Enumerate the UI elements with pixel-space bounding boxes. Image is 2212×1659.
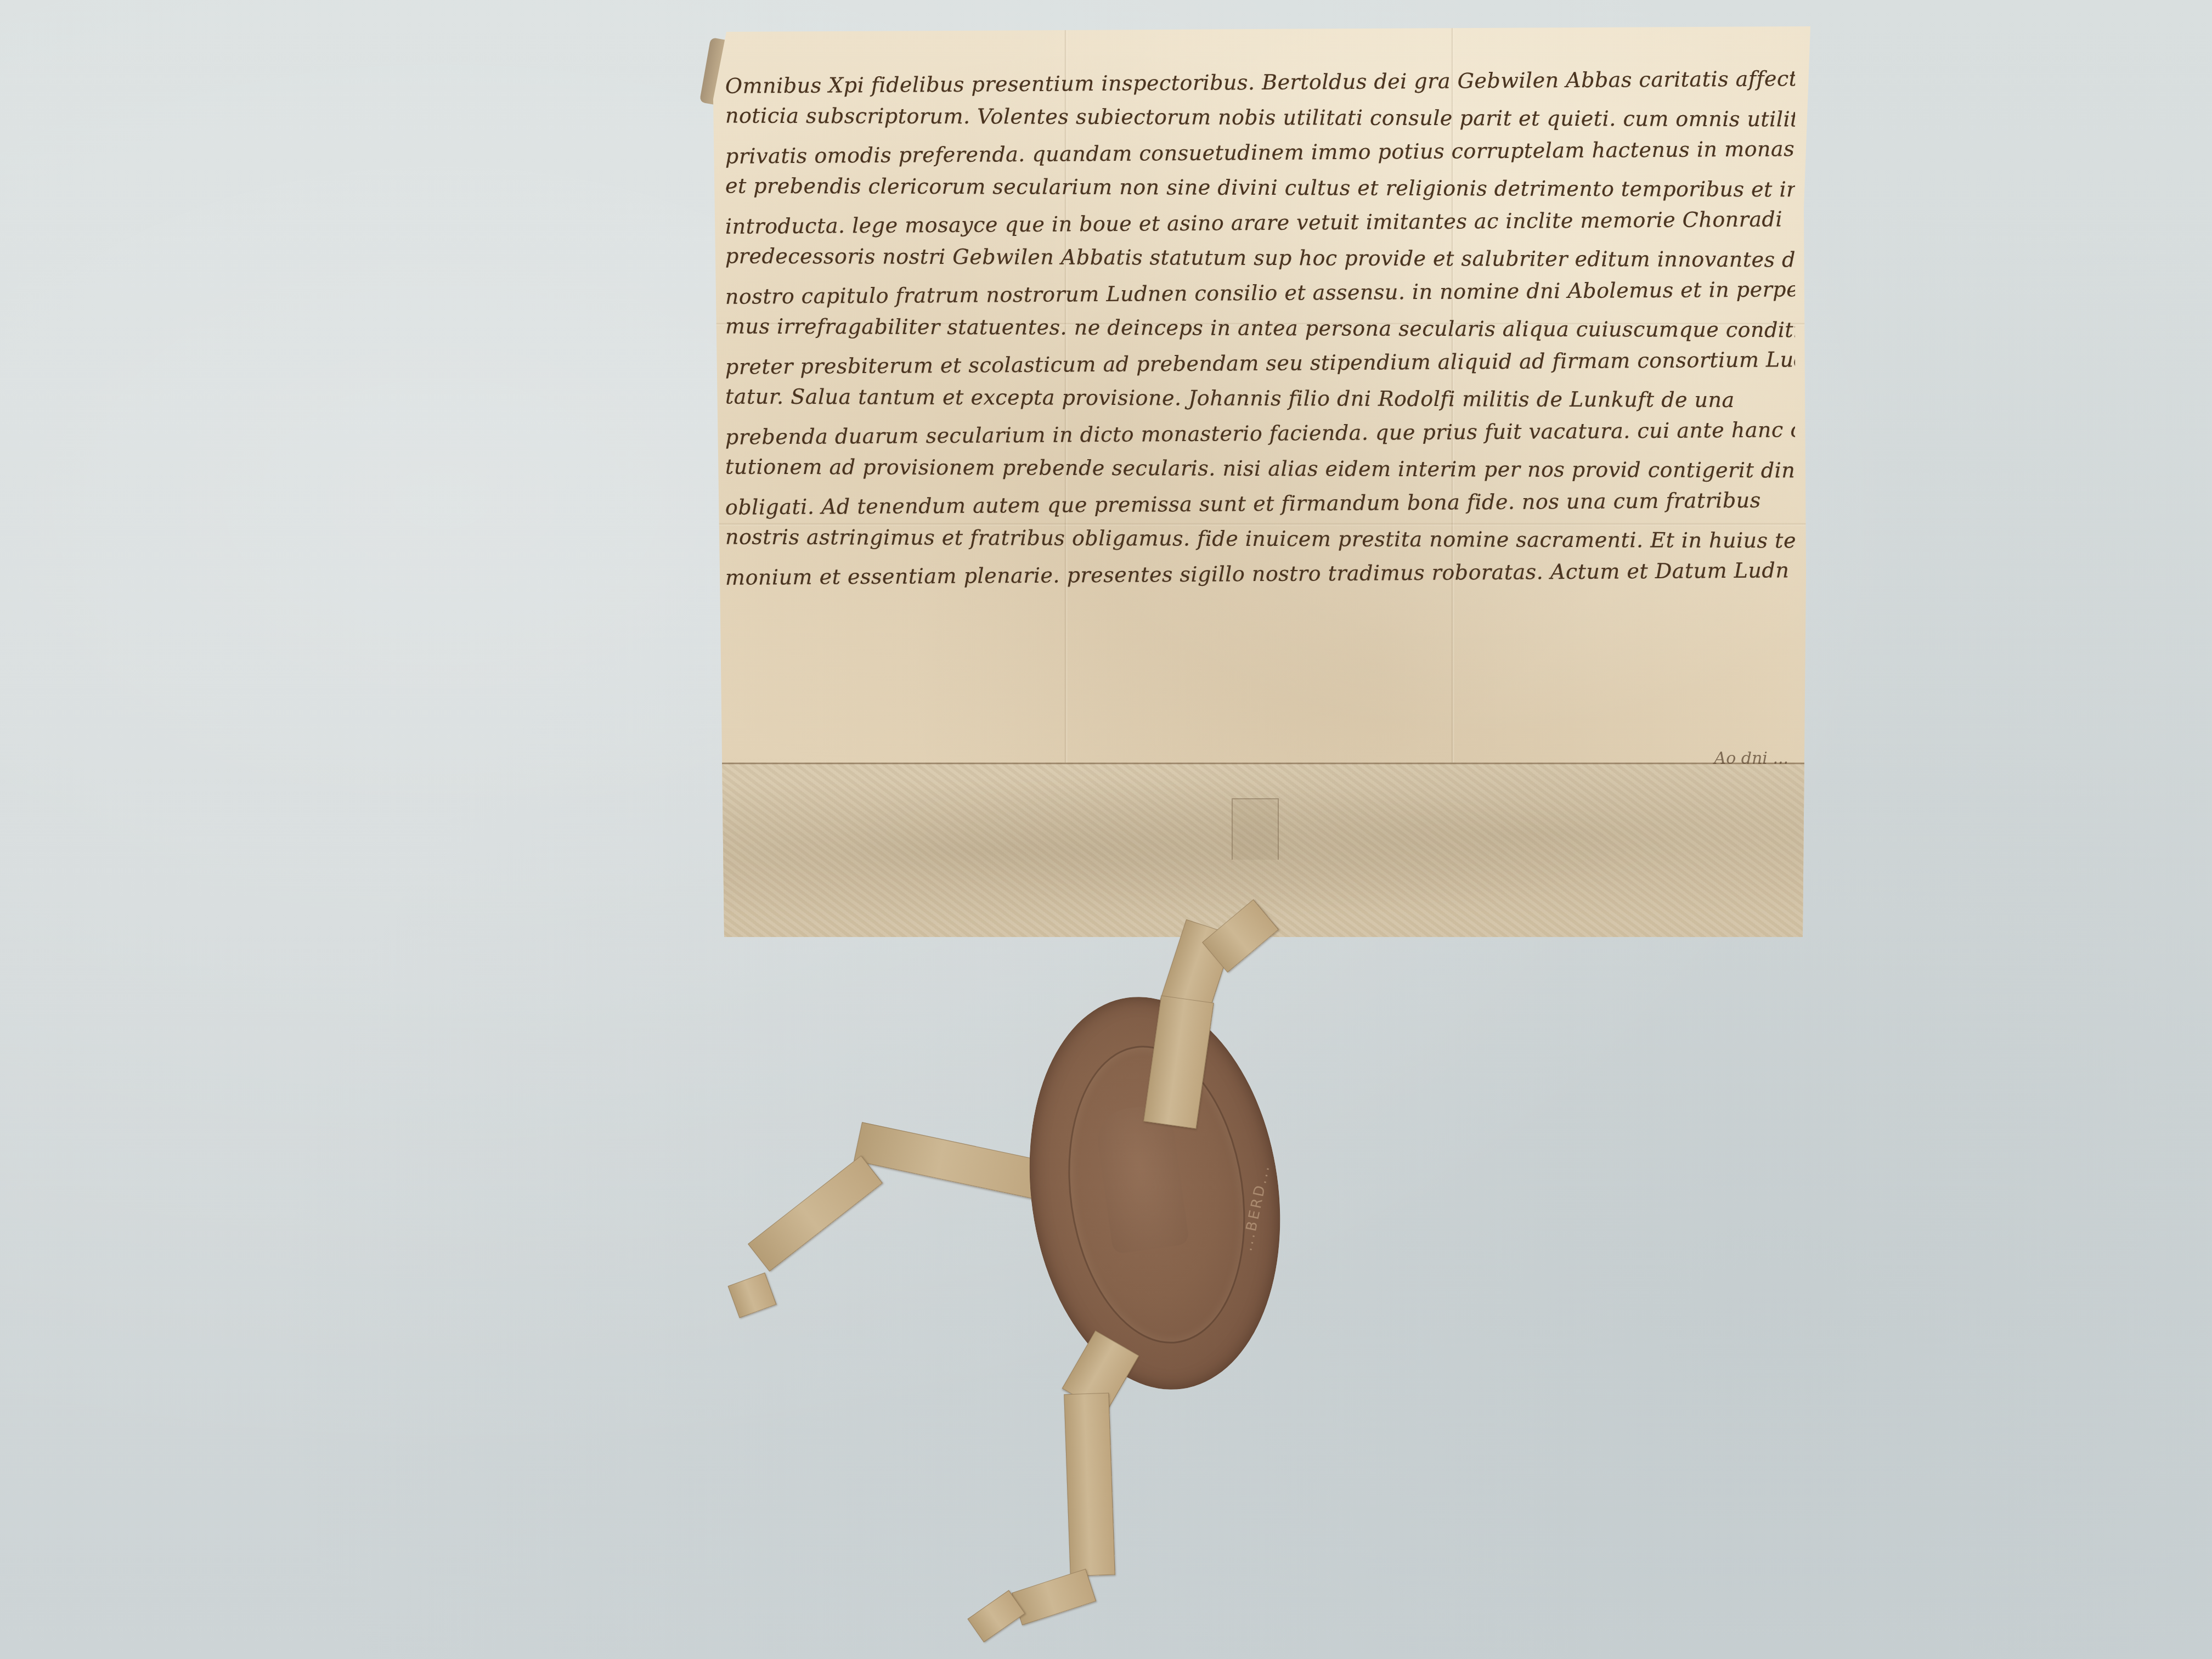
text-line: monium et essentiam plenarie. presentes … [725,552,1795,595]
text-line: introducta. lege mosayce que in boue et … [725,201,1795,244]
text-line: tutionem ad provisionem prebende secular… [725,449,1795,488]
charter-text: Omnibus Xpi fidelibus presentium inspect… [725,65,1795,591]
text-line: nostro capitulo fratrum nostrorum Ludnen… [725,272,1795,314]
seal-strap-bottom-end [1012,1569,1096,1626]
text-line: privatis omodis preferenda. quandam cons… [725,131,1795,174]
seal-strap-left [854,1122,1045,1200]
text-line: noticia subscriptorum. Volentes subiecto… [725,98,1795,137]
seal-strap-bottom-long [1064,1393,1115,1577]
text-line: predecessoris nostri Gebwilen Abbatis st… [725,239,1795,278]
text-line: tatur. Salua tantum et excepta provision… [725,379,1795,418]
seal-strap-left-end [748,1155,883,1272]
plica-edge-text: Ao dni ... [1714,749,1788,768]
text-line: Omnibus Xpi fidelibus presentium inspect… [725,61,1795,104]
seal-strap-slit [1232,798,1279,860]
text-line: nostris astringimus et fratribus obligam… [725,520,1795,558]
text-line: obligati. Ad tenendum autem que premissa… [725,482,1795,525]
text-line: prebenda duarum secularium in dicto mona… [725,412,1795,455]
charter-parchment: Omnibus Xpi fidelibus presentium inspect… [713,26,1810,937]
seal-strap-left-tip [728,1273,777,1318]
text-line: preter presbiterum et scolasticum ad pre… [725,342,1795,385]
text-line: mus irrefragabiliter statuentes. ne dein… [725,309,1795,348]
text-line: et prebendis clericorum secularium non s… [725,168,1795,207]
